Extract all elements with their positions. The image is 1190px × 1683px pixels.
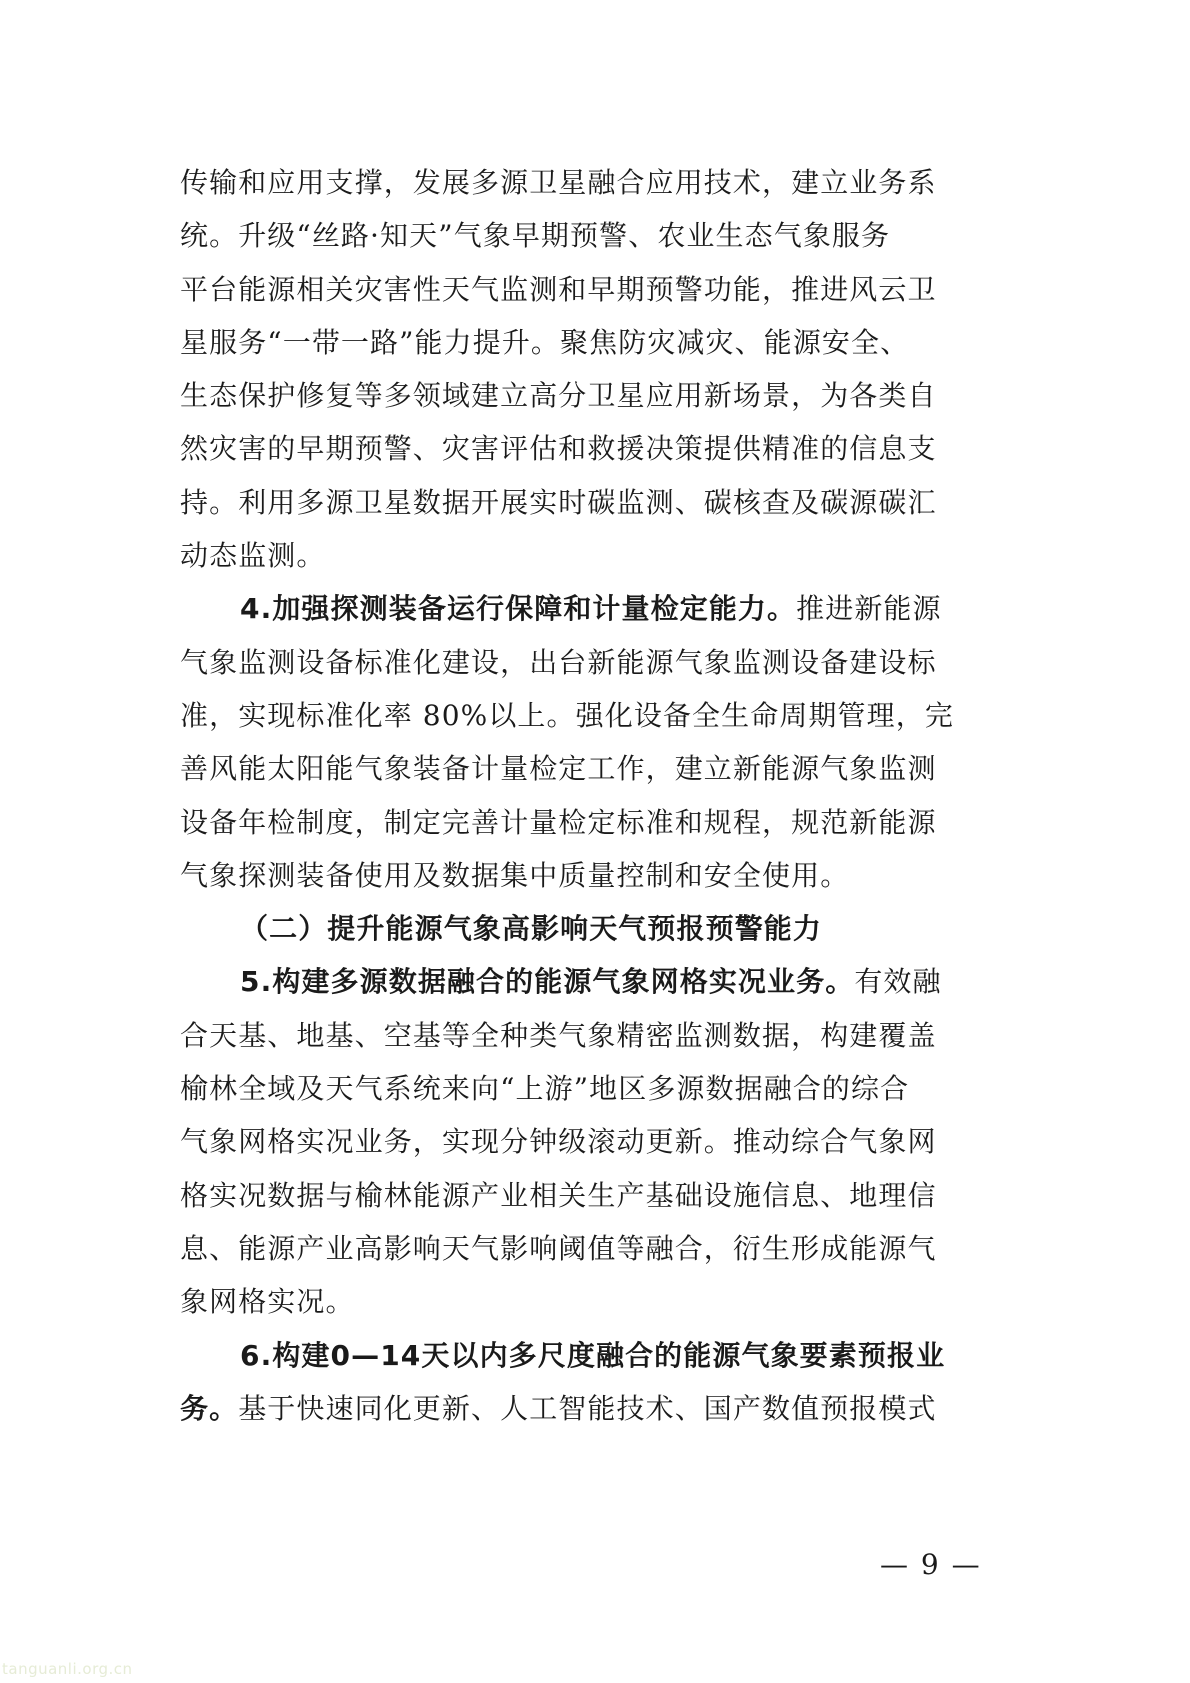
- text-line: 善风能太阳能气象装备计量检定工作，建立新能源气象监测: [180, 742, 1010, 795]
- watermark: tanguanli.org.cn: [2, 1660, 133, 1678]
- text-line: 合天基、地基、空基等全种类气象精密监测数据，构建覆盖: [180, 1009, 1010, 1062]
- page-number: — 9 —: [880, 1548, 982, 1581]
- text-line: 象网格实况。: [180, 1275, 1010, 1328]
- text-line: 气象网格实况业务，实现分钟级滚动更新。推动综合气象网: [180, 1115, 1010, 1168]
- text-line: 平台能源相关灾害性天气监测和早期预警功能，推进风云卫: [180, 263, 1010, 316]
- text-line: 统。升级“丝路·知天”气象早期预警、农业生态气象服务: [180, 209, 1010, 262]
- item-4-first-line: 4.加强探测装备运行保障和计量检定能力。推进新能源: [180, 582, 1010, 635]
- item-5-text: 有效融: [854, 965, 941, 998]
- item-4-text: 推进新能源: [796, 592, 942, 625]
- item-5-first-line: 5.构建多源数据融合的能源气象网格实况业务。有效融: [180, 955, 1010, 1008]
- item-6-title-end: 务。: [180, 1392, 238, 1425]
- item-6-text: 基于快速同化更新、人工智能技术、国产数值预报模式: [238, 1392, 936, 1425]
- item-6-title: 6.构建0—14天以内多尺度融合的能源气象要素预报业: [180, 1329, 1010, 1382]
- text-line: 气象监测设备标准化建设，出台新能源气象监测设备建设标: [180, 636, 1010, 689]
- text-line: 传输和应用支撑，发展多源卫星融合应用技术，建立业务系: [180, 156, 1010, 209]
- text-line: 动态监测。: [180, 529, 1010, 582]
- section-heading: （二）提升能源气象高影响天气预报预警能力: [180, 902, 1010, 955]
- text-line: 持。利用多源卫星数据开展实时碳监测、碳核查及碳源碳汇: [180, 476, 1010, 529]
- text-line: 星服务“一带一路”能力提升。聚焦防灾减灾、能源安全、: [180, 316, 1010, 369]
- text-line: 息、能源产业高影响天气影响阈值等融合，衍生形成能源气: [180, 1222, 1010, 1275]
- item-5-title: 5.构建多源数据融合的能源气象网格实况业务。: [240, 965, 854, 998]
- text-line: 气象探测装备使用及数据集中质量控制和安全使用。: [180, 849, 1010, 902]
- text-line: 生态保护修复等多领域建立高分卫星应用新场景，为各类自: [180, 369, 1010, 422]
- text-line: 然灾害的早期预警、灾害评估和救援决策提供精准的信息支: [180, 422, 1010, 475]
- text-line: 准，实现标准化率 80%以上。强化设备全生命周期管理，完: [180, 689, 1010, 742]
- item-6-second-line: 务。基于快速同化更新、人工智能技术、国产数值预报模式: [180, 1382, 1010, 1435]
- document-body: 传输和应用支撑，发展多源卫星融合应用技术，建立业务系 统。升级“丝路·知天”气象…: [180, 156, 1010, 1435]
- item-4-title: 4.加强探测装备运行保障和计量检定能力。: [240, 592, 796, 625]
- text-line: 格实况数据与榆林能源产业相关生产基础设施信息、地理信: [180, 1169, 1010, 1222]
- text-line: 榆林全域及天气系统来向“上游”地区多源数据融合的综合: [180, 1062, 1010, 1115]
- text-line: 设备年检制度，制定完善计量检定标准和规程，规范新能源: [180, 796, 1010, 849]
